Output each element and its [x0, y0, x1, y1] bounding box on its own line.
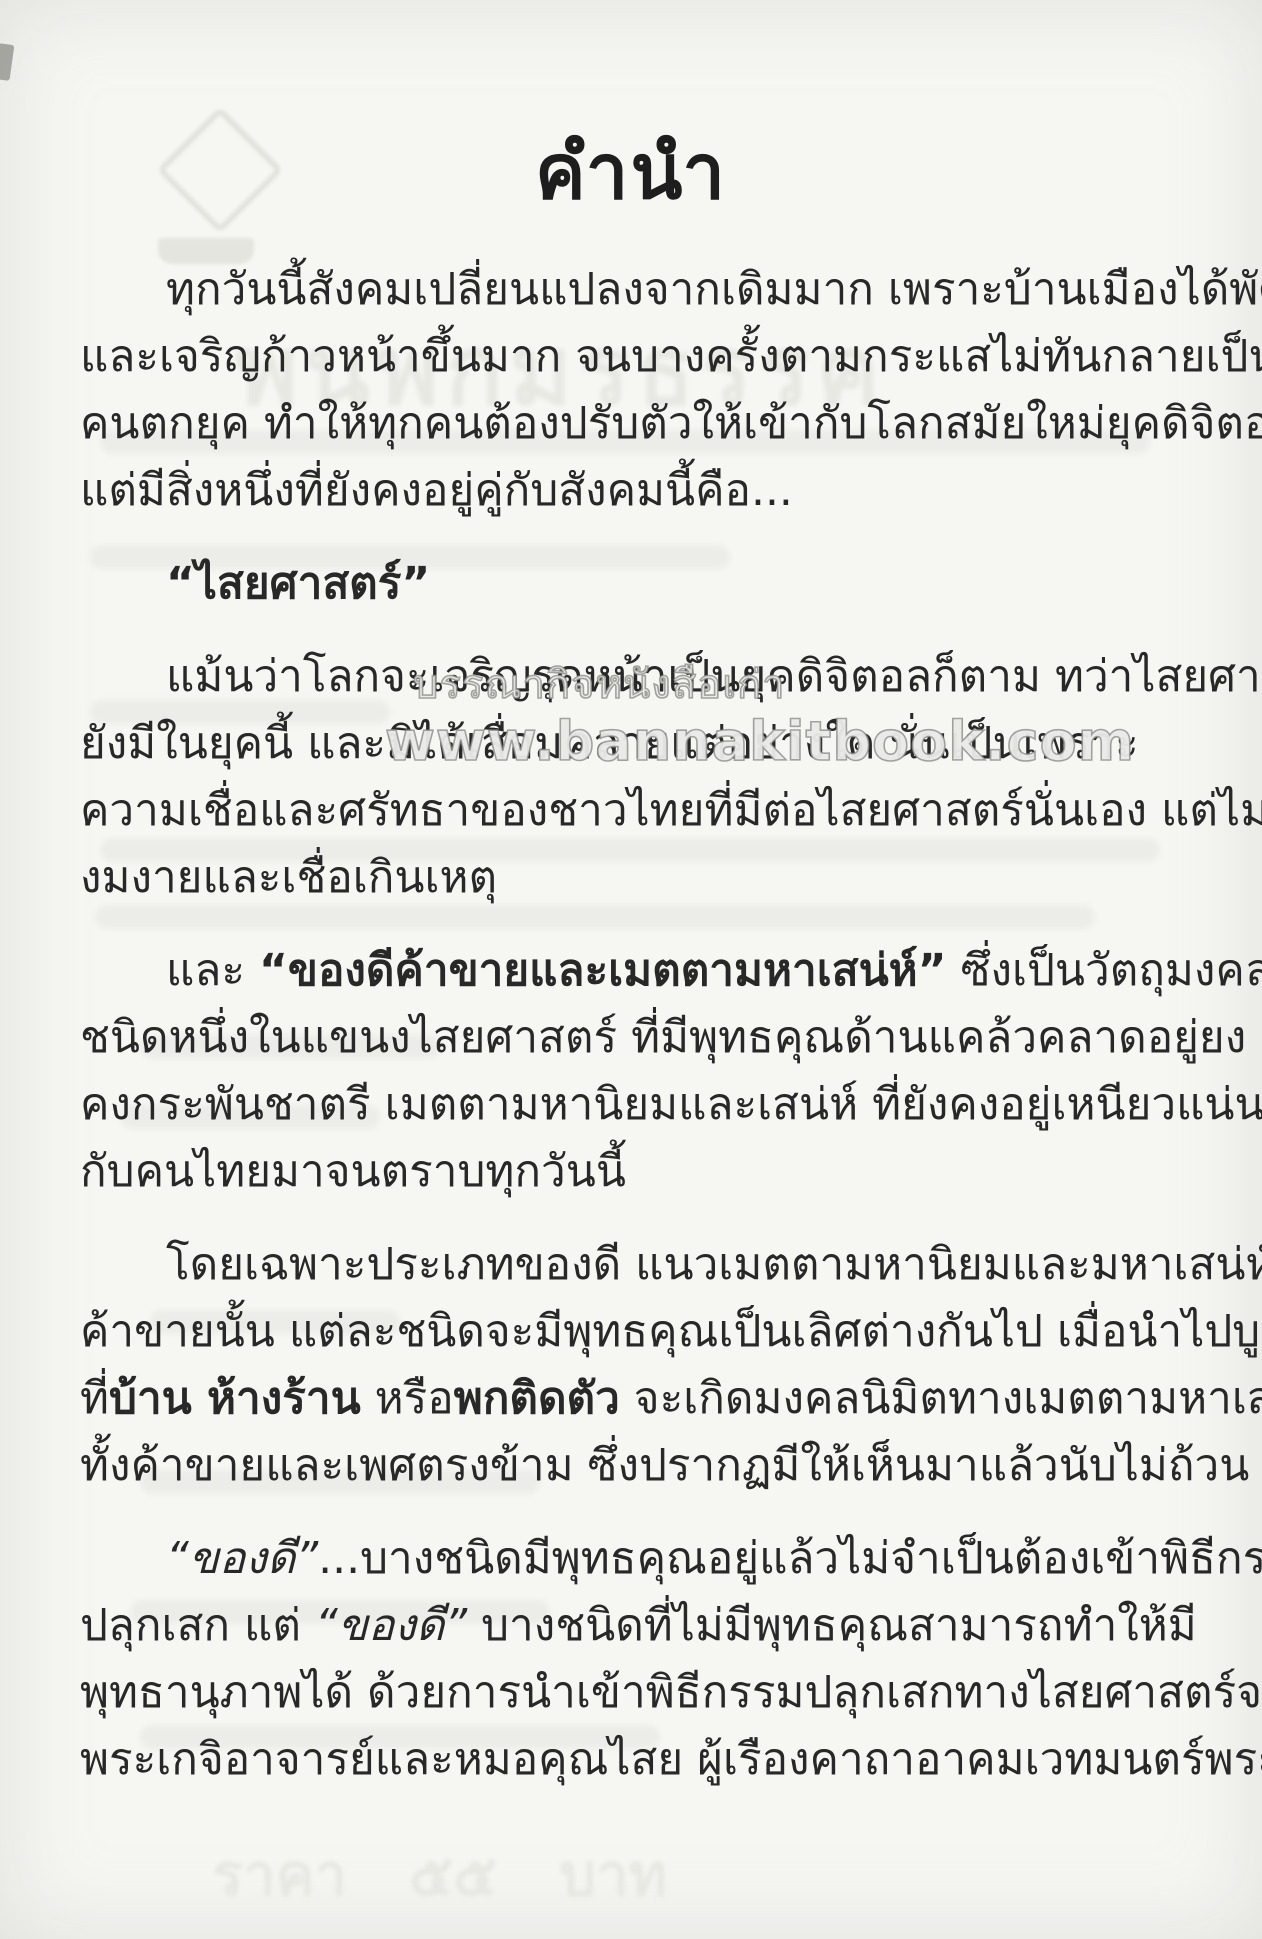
text-line: โดยเฉพาะประเภทของดี แนวเมตตามหานิยมและมห…: [80, 1231, 1182, 1298]
text-line: ที่บ้าน ห้างร้าน หรือพกติดตัว จะเกิดมงคล…: [80, 1365, 1182, 1432]
text-line: ความเชื่อและศรัทธาของชาวไทยที่มีต่อไสยศา…: [80, 777, 1182, 844]
text-line: กับคนไทยมาจนตราบทุกวันนี้: [80, 1138, 1182, 1205]
text-segment: แต่มีสิ่งหนึ่งที่ยังคงอยู่คู่กับสังคมนี้…: [80, 465, 793, 516]
text-line: คงกระพันชาตรี เมตตามหานิยมและเสน่ห์ ที่ย…: [80, 1071, 1182, 1138]
text-segment: ...บางชนิดมีพุทธคุณอยู่แล้วไม่จำเป็นต้อง…: [318, 1533, 1262, 1584]
text-segment: กับคนไทยมาจนตราบทุกวันนี้: [80, 1146, 626, 1197]
paragraph: “ของดี”...บางชนิดมีพุทธคุณอยู่แล้วไม่จำเ…: [80, 1525, 1182, 1793]
text-segment: ทุกวันนี้สังคมเปลี่ยนแปลงจากเดิมมาก เพรา…: [166, 264, 1262, 315]
text-line: พุทธานุภาพได้ ด้วยการนำเข้าพิธีกรรมปลุกเ…: [80, 1659, 1182, 1726]
text-line: คนตกยุค ทำให้ทุกคนต้องปรับตัวให้เข้ากับโ…: [80, 390, 1182, 457]
text-line: “ไสยศาสตร์”: [80, 550, 1182, 617]
page-title: คำนำ: [0, 0, 1262, 232]
text-segment: คงกระพันชาตรี เมตตามหานิยมและเสน่ห์ ที่ย…: [80, 1079, 1262, 1130]
text-line: ยังมีในยุคนี้ และมิได้เสื่อมคลายแต่อย่าง…: [80, 710, 1182, 777]
text-line: ค้าขายนั้น แต่ละชนิดจะมีพุทธคุณเป็นเลิศต…: [80, 1298, 1182, 1365]
paragraph: แม้นว่าโลกจะเจริญรุดหน้าเป็นยุคดิจิตอลก็…: [80, 643, 1182, 911]
text-segment: คนตกยุค ทำให้ทุกคนต้องปรับตัวให้เข้ากับโ…: [80, 398, 1262, 449]
text-segment: งมงายและเชื่อเกินเหตุ: [80, 852, 497, 903]
text-segment: ที่: [80, 1373, 109, 1424]
text-segment: พระเกจิอาจารย์และหมอคุณไสย ผู้เรืองคาถาอ…: [80, 1734, 1262, 1785]
text-segment: แม้นว่าโลกจะเจริญรุดหน้าเป็นยุคดิจิตอลก็…: [166, 651, 1262, 702]
text-line: และ “ของดีค้าขายและเมตตามหาเสน่ห์” ซึ่งเ…: [80, 937, 1182, 1004]
text-segment: ยังมีในยุคนี้ และมิได้เสื่อมคลายแต่อย่าง…: [80, 718, 1139, 769]
paragraph: ทุกวันนี้สังคมเปลี่ยนแปลงจากเดิมมาก เพรา…: [80, 256, 1182, 524]
text-line: “ของดี”...บางชนิดมีพุทธคุณอยู่แล้วไม่จำเ…: [80, 1525, 1182, 1592]
text-segment: ความเชื่อและศรัทธาของชาวไทยที่มีต่อไสยศา…: [80, 785, 1262, 836]
text-segment: “ของดี”: [315, 1600, 467, 1651]
text-segment: “ของดีค้าขายและเมตตามหาเสน่ห์”: [259, 945, 947, 996]
text-line: ทุกวันนี้สังคมเปลี่ยนแปลงจากเดิมมาก เพรา…: [80, 256, 1182, 323]
text-line: แม้นว่าโลกจะเจริญรุดหน้าเป็นยุคดิจิตอลก็…: [80, 643, 1182, 710]
text-segment: และเจริญก้าวหน้าขึ้นมาก จนบางครั้งตามกระ…: [80, 331, 1262, 382]
text-segment: ทั้งค้าขายและเพศตรงข้าม ซึ่งปรากฏมีให้เห…: [80, 1440, 1249, 1491]
book-page: พนพกมรธรรค ราคา ๕๕ บาท คำนำ ทุกวันนี้สัง…: [0, 0, 1262, 1939]
text-segment: “ไสยศาสตร์”: [166, 558, 430, 609]
text-segment: บางชนิดที่ไม่มีพุทธคุณสามารถทำให้มี: [467, 1600, 1197, 1651]
text-line: ทั้งค้าขายและเพศตรงข้าม ซึ่งปรากฏมีให้เห…: [80, 1432, 1182, 1499]
paragraph: “ไสยศาสตร์”: [80, 550, 1182, 617]
text-segment: พุทธานุภาพได้ ด้วยการนำเข้าพิธีกรรมปลุกเ…: [80, 1667, 1262, 1718]
text-segment: ปลุกเสก แต่: [80, 1600, 315, 1651]
paragraph: โดยเฉพาะประเภทของดี แนวเมตตามหานิยมและมห…: [80, 1231, 1182, 1499]
text-line: ปลุกเสก แต่ “ของดี” บางชนิดที่ไม่มีพุทธค…: [80, 1592, 1182, 1659]
text-line: งมงายและเชื่อเกินเหตุ: [80, 844, 1182, 911]
text-segment: พกติดตัว: [454, 1373, 620, 1424]
text-segment: หรือ: [361, 1373, 454, 1424]
text-segment: และ: [166, 945, 259, 996]
text-line: ชนิดหนึ่งในแขนงไสยศาสตร์ ที่มีพุทธคุณด้า…: [80, 1004, 1182, 1071]
text-segment: “ของดี”: [166, 1533, 318, 1584]
text-segment: จะเกิดมงคลนิมิตทางเมตตามหาเสน่ห์: [620, 1373, 1262, 1424]
text-segment: ค้าขายนั้น แต่ละชนิดจะมีพุทธคุณเป็นเลิศต…: [80, 1306, 1262, 1357]
text-segment: โดยเฉพาะประเภทของดี แนวเมตตามหานิยมและมห…: [166, 1239, 1262, 1290]
text-segment: บ้าน ห้างร้าน: [109, 1373, 361, 1424]
text-segment: ชนิดหนึ่งในแขนงไสยศาสตร์ ที่มีพุทธคุณด้า…: [80, 1012, 1246, 1063]
preface-body: ทุกวันนี้สังคมเปลี่ยนแปลงจากเดิมมาก เพรา…: [0, 256, 1262, 1793]
text-line: และเจริญก้าวหน้าขึ้นมาก จนบางครั้งตามกระ…: [80, 323, 1182, 390]
bleed-through-price: ราคา ๕๕ บาท: [212, 1828, 667, 1921]
paragraph: และ “ของดีค้าขายและเมตตามหาเสน่ห์” ซึ่งเ…: [80, 937, 1182, 1205]
text-segment: ซึ่งเป็นวัตถุมงคล: [947, 945, 1262, 996]
text-line: พระเกจิอาจารย์และหมอคุณไสย ผู้เรืองคาถาอ…: [80, 1726, 1182, 1793]
text-line: แต่มีสิ่งหนึ่งที่ยังคงอยู่คู่กับสังคมนี้…: [80, 457, 1182, 524]
